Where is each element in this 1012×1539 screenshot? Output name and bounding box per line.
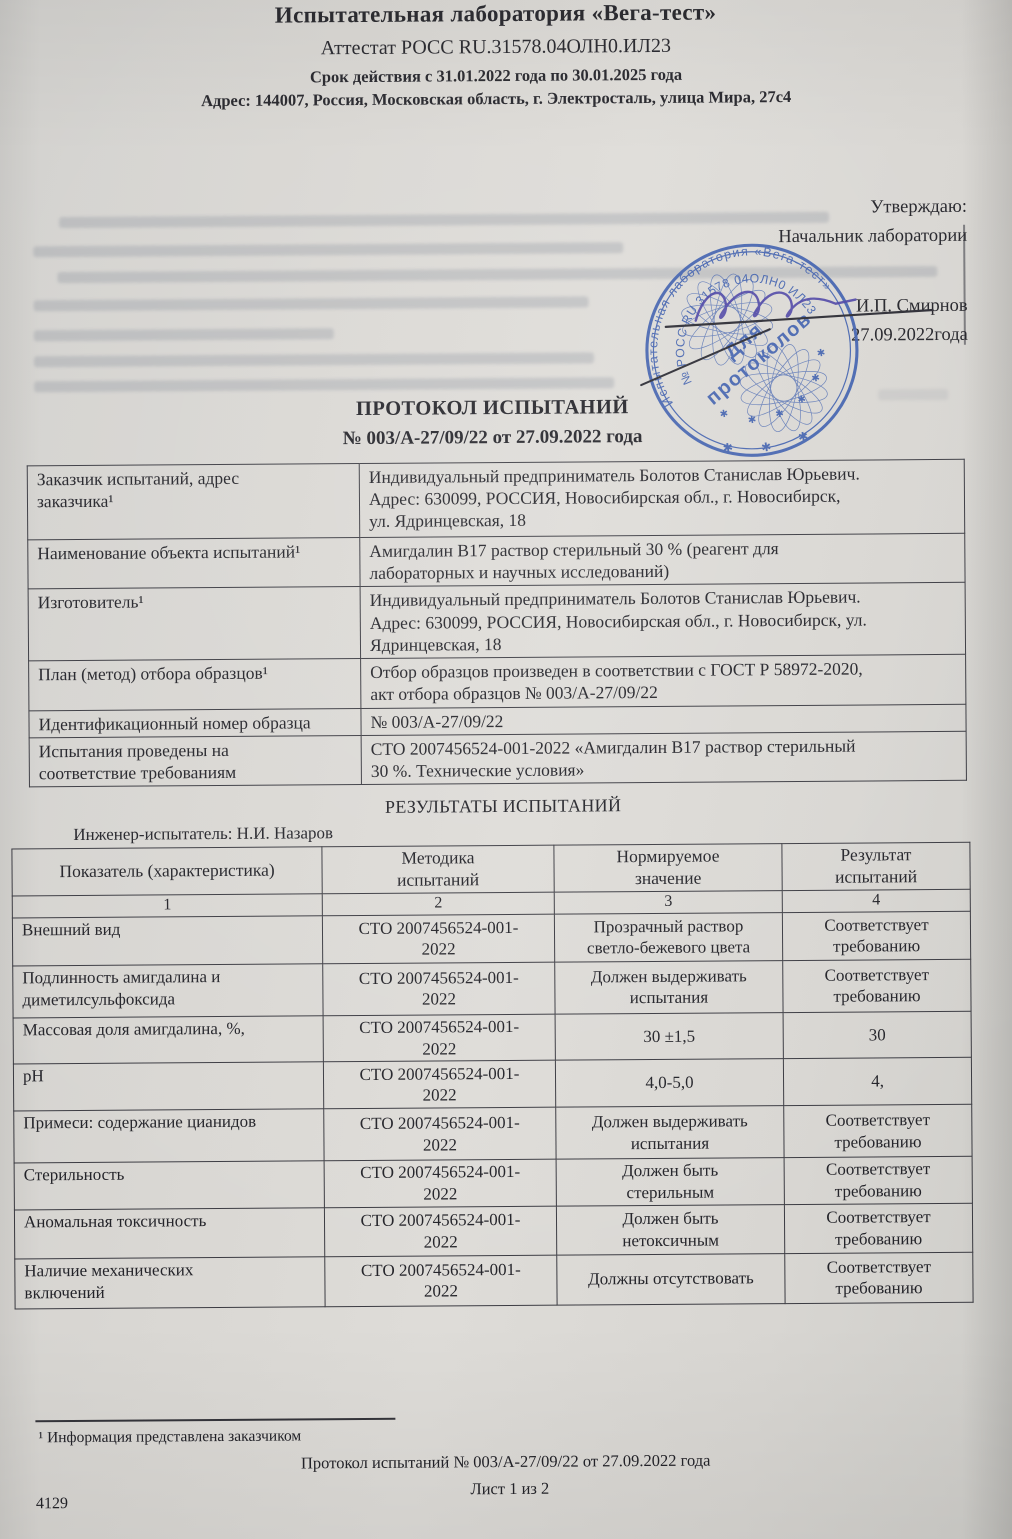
column-number: 1 xyxy=(12,894,322,918)
result-method: СТО 2007456524-001- 2022 xyxy=(324,1107,556,1161)
bleed-through-line xyxy=(34,328,334,341)
result-parameter: Подлинность амигдалина и диметилсульфокс… xyxy=(13,964,323,1018)
result-method: СТО 2007456524-001- 2022 xyxy=(324,1159,556,1207)
result-parameter: Примеси: содержание цианидов xyxy=(14,1109,324,1163)
result-norm: Должен выдерживать испытания xyxy=(555,960,783,1014)
result-value: Соответствует требованию xyxy=(784,1157,972,1205)
info-value: Индивидуальный предприниматель Болотов С… xyxy=(360,583,965,659)
column-number: 3 xyxy=(554,890,782,914)
bleed-through-line xyxy=(34,377,614,392)
info-label: Заказчик испытаний, адрес заказчика¹ xyxy=(27,464,360,540)
result-value: Соответствует требованию xyxy=(782,911,970,960)
table-row: План (метод) отбора образцов¹ Отбор обра… xyxy=(29,654,966,710)
info-value: Амигдалин B17 раствор стерильный 30 % (р… xyxy=(360,533,965,587)
info-label: Изготовитель¹ xyxy=(28,587,360,661)
letterhead: Испытательная лаборатория «Вега-тест» Ат… xyxy=(0,0,996,114)
result-norm: Должен быть стерильным xyxy=(556,1158,784,1206)
info-label: Испытания проведены на соответствие треб… xyxy=(29,735,361,787)
result-value: Соответствует требованию xyxy=(785,1252,973,1303)
validity-period: Срок действия с 31.01.2022 года по 30.01… xyxy=(0,62,996,90)
footer-sheet-number: Лист 1 из 2 xyxy=(4,1475,1012,1502)
signature xyxy=(625,269,956,401)
column-number: 4 xyxy=(782,889,970,912)
table-row: Испытания проведены на соответствие треб… xyxy=(29,731,966,787)
signature-stroke xyxy=(641,329,770,385)
result-parameter: Стерильность xyxy=(14,1161,324,1210)
result-method: СТО 2007456524-001- 2022 xyxy=(323,962,555,1016)
engineer-line: Инженер-испытатель: Н.И. Назаров xyxy=(73,823,333,845)
table-row: Примеси: содержание цианидов СТО 2007456… xyxy=(14,1105,972,1164)
result-norm: Должен выдерживать испытания xyxy=(556,1106,784,1160)
table-row: Изготовитель¹ Индивидуальный предпринима… xyxy=(28,583,965,661)
scanned-protocol-page: Испытательная лаборатория «Вега-тест» Ат… xyxy=(0,0,1012,1539)
attestation-number: Аттестат РОСС RU.31578.04ОЛН0.ИЛ23 xyxy=(0,31,996,63)
result-parameter: Внешний вид xyxy=(12,916,322,966)
result-parameter: Массовая доля амигдалина, %, xyxy=(13,1016,323,1065)
info-label: Идентификационный номер образца xyxy=(29,708,361,738)
result-parameter: Наличие механических включений xyxy=(15,1257,325,1309)
info-value: СТО 2007456524-001-2022 «Амигдалин B17 р… xyxy=(361,731,966,785)
corner-number: 4129 xyxy=(36,1495,68,1513)
table-row: Наименование объекта испытаний¹ Амигдали… xyxy=(28,533,965,589)
result-norm: 30 ±1,5 xyxy=(555,1012,783,1060)
table-row: Стерильность СТО 2007456524-001- 2022 До… xyxy=(14,1157,972,1210)
result-parameter: рН xyxy=(13,1062,323,1111)
svg-text:✱: ✱ xyxy=(747,414,757,426)
result-method: СТО 2007456524-001- 2022 xyxy=(323,1014,555,1062)
info-value: № 003/А-27/09/22 xyxy=(361,704,966,735)
table-row: Массовая доля амигдалина, %, СТО 2007456… xyxy=(13,1011,971,1064)
lab-name: Испытательная лаборатория «Вега-тест» xyxy=(0,0,996,32)
result-value: Соответствует требованию xyxy=(784,1203,972,1253)
column-header: Результат испытаний xyxy=(782,842,970,890)
info-value: Отбор образцов произведен в соответствии… xyxy=(361,654,966,708)
column-header: Нормируемое значение xyxy=(554,844,782,892)
table-row: Аномальная токсичность СТО 2007456524-00… xyxy=(14,1203,972,1259)
result-method: СТО 2007456524-001- 2022 xyxy=(323,1060,555,1109)
result-parameter: Аномальная токсичность xyxy=(14,1208,324,1259)
results-section-title: РЕЗУЛЬТАТЫ ИСПЫТАНИЙ xyxy=(0,792,1009,820)
svg-text:✱: ✱ xyxy=(760,440,772,455)
result-norm: 4,0-5,0 xyxy=(555,1059,783,1108)
table-row: Заказчик испытаний, адрес заказчика¹ Инд… xyxy=(27,459,964,540)
footer-protocol-ref: Протокол испытаний № 003/А-27/09/22 от 2… xyxy=(0,1448,1012,1475)
info-label: Наименование объекта испытаний¹ xyxy=(28,538,360,590)
table-header-row: Показатель (характеристика) Методика исп… xyxy=(12,842,970,895)
results-table: Показатель (характеристика) Методика исп… xyxy=(11,842,973,1309)
approve-label: Утверждаю: xyxy=(778,193,967,223)
column-header: Методика испытаний xyxy=(322,845,554,893)
result-method: СТО 2007456524-001- 2022 xyxy=(324,1206,556,1257)
bleed-through-line xyxy=(34,352,594,367)
result-norm: Должен быть нетоксичным xyxy=(556,1204,784,1255)
svg-text:✱: ✱ xyxy=(797,429,809,444)
footnote-text: ¹ Информация представлена заказчиком xyxy=(38,1427,301,1447)
result-norm: Должны отсутствовать xyxy=(557,1253,785,1305)
table-row: рН СТО 2007456524-001- 2022 4,0-5,0 4, xyxy=(13,1058,971,1112)
bleed-through-line xyxy=(34,296,589,311)
result-value: Соответствует требованию xyxy=(783,959,971,1012)
document-content: Испытательная лаборатория «Вега-тест» Ат… xyxy=(0,0,1012,1539)
lab-address: Адрес: 144007, Россия, Московская област… xyxy=(0,86,996,114)
info-label: План (метод) отбора образцов¹ xyxy=(29,659,361,711)
result-value: Соответствует требованию xyxy=(784,1105,972,1158)
table-row: Внешний вид СТО 2007456524-001- 2022 Про… xyxy=(12,911,970,966)
result-value: 30 xyxy=(783,1011,971,1059)
table-row: Подлинность амигдалина и диметилсульфокс… xyxy=(13,959,971,1018)
svg-text:✱: ✱ xyxy=(719,408,729,420)
info-table: Заказчик испытаний, адрес заказчика¹ Инд… xyxy=(27,459,967,788)
result-norm: Прозрачный раствор светло-бежевого цвета xyxy=(554,912,782,962)
svg-text:✱: ✱ xyxy=(722,440,734,455)
table-row: Наличие механических включений СТО 20074… xyxy=(15,1252,973,1309)
result-method: СТО 2007456524-001- 2022 xyxy=(325,1255,557,1307)
result-method: СТО 2007456524-001- 2022 xyxy=(322,914,554,964)
signature-line xyxy=(666,310,933,327)
footnote-separator xyxy=(35,1418,395,1423)
bleed-through-line xyxy=(59,212,829,228)
bleed-through-line xyxy=(33,242,623,257)
info-value: Индивидуальный предприниматель Болотов С… xyxy=(359,459,965,537)
result-value: 4, xyxy=(783,1058,971,1106)
column-header: Показатель (характеристика) xyxy=(12,847,322,896)
column-number: 2 xyxy=(322,892,554,916)
svg-text:✱: ✱ xyxy=(775,408,785,420)
